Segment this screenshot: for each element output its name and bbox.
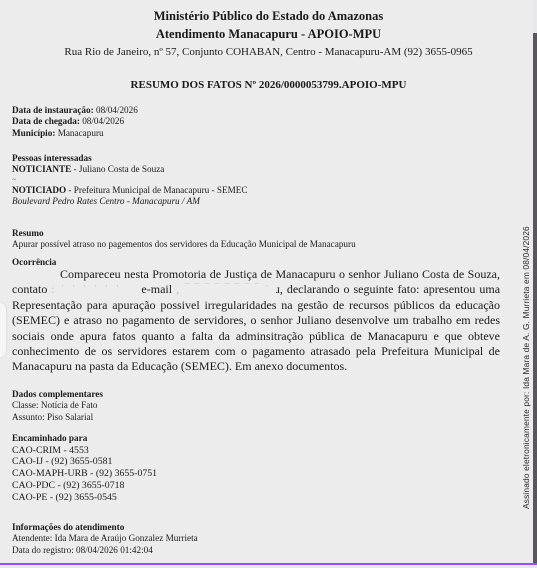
assunto-row: Assunto: Piso Salarial <box>12 412 103 423</box>
encaminhado-item: CAO-CRIM - 4553 <box>12 445 157 457</box>
chegada-row: Data de chegada: 08/04/2026 <box>12 116 138 127</box>
encaminhado-item: CAO-PE - (92) 3655-0545 <box>12 492 157 504</box>
electronic-signature: Assinado eletronicamente por: Ida Mara d… <box>521 226 531 509</box>
address-line: Rua Rio de Janeiro, nº 57, Conjunto COHA… <box>0 46 537 58</box>
pessoas-section: Pessoas interessadas NOTICIANTE - Julian… <box>12 153 164 184</box>
redacted-phone: : ˙ ˙ ˙ ˙ ˙ ˙ <box>51 282 121 296</box>
noticiado-section: NOTICIADO - Prefeitura Municipal de Mana… <box>12 185 248 208</box>
registro-row: Data do registro: 08/04/2026 01:42:04 <box>12 545 198 556</box>
pessoas-heading: Pessoas interessadas <box>12 153 164 164</box>
encaminhado-section: Encaminhado para CAO-CRIM - 4553 CAO-IJ … <box>12 433 157 503</box>
municipio-value: Manacapuru <box>58 128 104 138</box>
noticiado-row: NOTICIADO - Prefeitura Municipal de Mana… <box>12 185 248 196</box>
municipio-label: Município: <box>12 128 55 138</box>
resumo-text: Apurar possível atraso no pagementos dos… <box>12 239 356 250</box>
document-page: Ministério Público do Estado do Amazonas… <box>0 0 533 563</box>
redacted-email: , ‾ ‾ ‾ ‾ ‾ ‾ ‾ ‾ ˙ <box>176 282 276 296</box>
instauracao-value: 08/04/2026 <box>96 105 138 115</box>
encaminhado-heading: Encaminhado para <box>12 433 157 445</box>
classe-row: Classe: Notícia de Fato <box>12 400 103 411</box>
dados-heading: Dados complementares <box>12 389 103 400</box>
resumo-section: Resumo Apurar possível atraso no pagemen… <box>12 228 356 251</box>
noticiante-label: NOTICIANTE <box>12 164 71 174</box>
encaminhado-item: CAO-IJ - (92) 3655-0581 <box>12 456 157 468</box>
document-title: RESUMO DOS FATOS Nº 2026/0000053799.APOI… <box>0 79 537 91</box>
noticiado-address: Boulevard Pedro Rates Centro - Manacapur… <box>12 196 248 207</box>
resumo-heading: Resumo <box>12 228 356 239</box>
email-label: e-mail <box>141 282 172 296</box>
chegada-label: Data de chegada: <box>12 116 80 126</box>
municipio-row: Município: Manacapuru <box>12 128 138 139</box>
instauracao-label: Data de instauração: <box>12 105 94 115</box>
atendimento-heading: Informações do atendimento <box>12 522 198 533</box>
noticiante-row: NOTICIANTE - Juliano Costa de Souza <box>12 164 164 175</box>
noticiante-extra: ~ <box>12 176 164 184</box>
page-edge-strip <box>533 33 537 563</box>
atendimento-section: Informações do atendimento Atendente: Id… <box>12 522 198 556</box>
noticiante-value: - Juliano Costa de Souza <box>71 164 164 174</box>
atendente-row: Atendente: Ida Mara de Araújo Gonzalez M… <box>12 533 198 544</box>
metadata-block: Data de instauração: 08/04/2026 Data de … <box>12 105 138 139</box>
side-handle[interactable] <box>0 302 6 358</box>
dados-section: Dados complementares Classe: Notícia de … <box>12 389 103 423</box>
ocorrencia-text: Compareceu nesta Promotoria de Justiça d… <box>12 267 500 375</box>
chegada-value: 08/04/2026 <box>82 116 124 126</box>
noticiado-value: - Prefeitura Municipal de Manacapuru - S… <box>66 185 247 195</box>
institution-name: Ministério Público do Estado do Amazonas <box>0 9 537 24</box>
encaminhado-item: CAO-PDC - (92) 3655-0718 <box>12 480 157 492</box>
unit-name: Atendimento Manacapuru - APOIO-MPU <box>0 27 537 42</box>
encaminhado-item: CAO-MAPH-URB - (92) 3655-0751 <box>12 468 157 480</box>
instauracao-row: Data de instauração: 08/04/2026 <box>12 105 138 116</box>
noticiado-label: NOTICIADO <box>12 185 66 195</box>
